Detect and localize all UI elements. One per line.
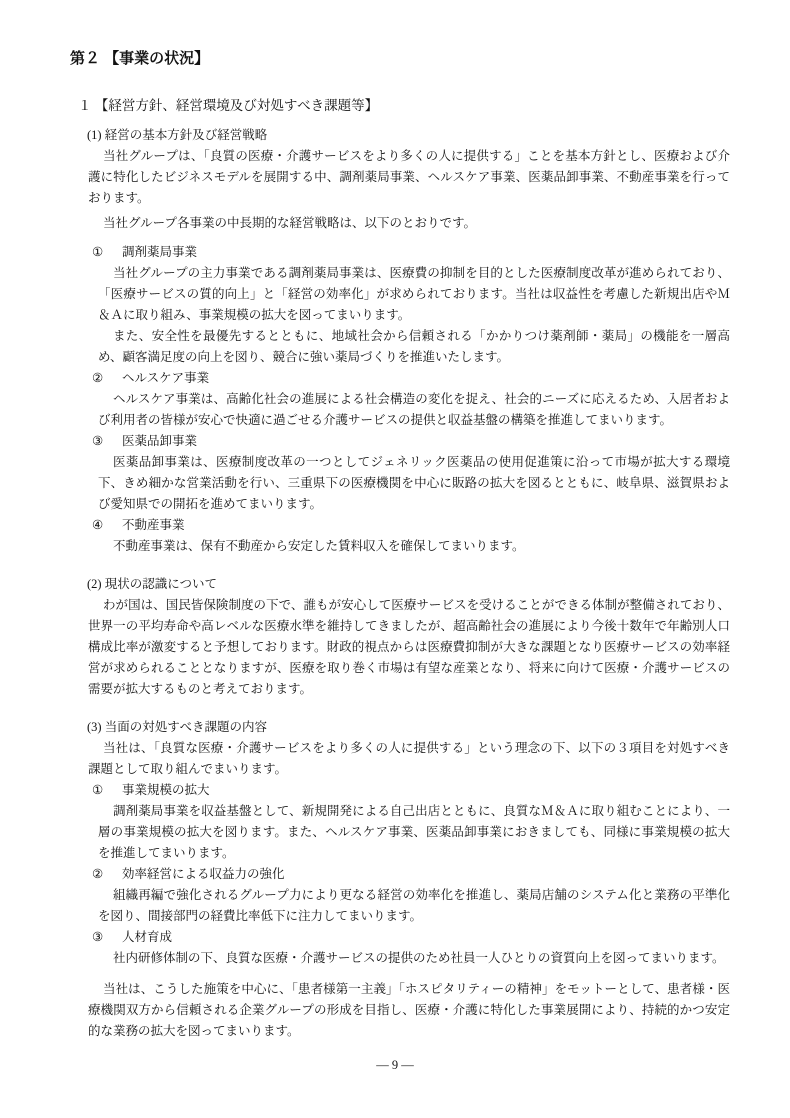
- item-paragraph: ヘルスケア事業は、高齢化社会の進展による社会構造の変化を捉え、社会的ニーズに応え…: [98, 389, 730, 431]
- business-item-pharmacy: ①調剤薬局事業 当社グループの主力事業である調剤薬局事業は、医療費の抑制を目的と…: [70, 242, 730, 368]
- section-heading: １ 【経営方針、経営環境及び対処すべき課題等】: [78, 95, 730, 116]
- subsection-3: (3) 当面の対処すべき課題の内容 当社は、「良質な医療・介護サービスをより多く…: [70, 717, 730, 1042]
- subsection-1: (1) 経営の基本方針及び経営戦略 当社グループは、「良質の医療・介護サービスを…: [70, 125, 730, 557]
- item-marker: ④: [92, 515, 122, 536]
- subsection-3-heading: (3) 当面の対処すべき課題の内容: [87, 717, 730, 738]
- intro-paragraph: 当社グループは、「良質の医療・介護サービスをより多くの人に提供する」ことを基本方…: [88, 146, 730, 209]
- item-marker: ③: [92, 927, 122, 948]
- item-paragraph: 社内研修体制の下、良質な医療・介護サービスの提供のため社員一人ひとりの資質向上を…: [98, 948, 730, 969]
- item-paragraph: 組織再編で強化されるグループ力により更なる経営の効率化を推進し、薬局店舗のシステ…: [98, 885, 730, 927]
- item-label: 調剤薬局事業: [122, 245, 197, 259]
- item-label: ヘルスケア事業: [122, 371, 209, 385]
- business-item-healthcare: ②ヘルスケア事業 ヘルスケア事業は、高齢化社会の進展による社会構造の変化を捉え、…: [70, 368, 730, 431]
- issue-item-hr: ③人材育成 社内研修体制の下、良質な医療・介護サービスの提供のため社員一人ひとり…: [70, 927, 730, 969]
- issues-intro-paragraph: 当社は、「良質な医療・介護サービスをより多くの人に提供する」という理念の下、以下…: [88, 738, 730, 780]
- item-marker: ③: [92, 431, 122, 452]
- item-paragraph: 当社グループの主力事業である調剤薬局事業は、医療費の抑制を目的とした医療制度改革…: [98, 263, 730, 326]
- item-label: 医薬品卸事業: [122, 434, 197, 448]
- item-label: 事業規模の拡大: [122, 783, 210, 797]
- item-label: 効率経営による収益力の強化: [122, 867, 285, 881]
- subsection-2: (2) 現状の認識について わが国は、国民皆保険制度の下で、誰もが安心して医療サ…: [70, 574, 730, 700]
- business-item-wholesale: ③医薬品卸事業 医薬品卸事業は、医療制度改革の一つとしてジェネリック医薬品の使用…: [70, 431, 730, 515]
- item-paragraph: 医薬品卸事業は、医療制度改革の一つとしてジェネリック医薬品の使用促進策に沿って市…: [98, 452, 730, 515]
- item-paragraph: また、安全性を最優先するとともに、地域社会から信頼される「かかりつけ薬剤師・薬局…: [98, 326, 730, 368]
- closing-paragraph: 当社は、こうした施策を中心に、「患者様第一主義」「ホスピタリティーの精神」をモッ…: [88, 979, 730, 1042]
- item-marker: ①: [92, 242, 122, 263]
- chapter-heading: 第２ 【事業の状況】: [70, 48, 730, 69]
- current-status-paragraph: わが国は、国民皆保険制度の下で、誰もが安心して医療サービスを受けることができる体…: [88, 595, 730, 700]
- subsection-1-heading: (1) 経営の基本方針及び経営戦略: [87, 125, 730, 146]
- subsection-2-heading: (2) 現状の認識について: [87, 574, 730, 595]
- item-heading: ③人材育成: [92, 927, 730, 948]
- item-label: 不動産事業: [122, 518, 185, 532]
- item-heading: ②ヘルスケア事業: [92, 368, 730, 389]
- issue-item-scale: ①事業規模の拡大 調剤薬局事業を収益基盤として、新規開発による自己出店とともに、…: [70, 780, 730, 864]
- item-paragraph: 調剤薬局事業を収益基盤として、新規開発による自己出店とともに、良質なＭ＆Ａに取り…: [98, 801, 730, 864]
- issue-item-efficiency: ②効率経営による収益力の強化 組織再編で強化されるグループ力により更なる経営の効…: [70, 864, 730, 927]
- page-number: ― 9 ―: [0, 1055, 790, 1076]
- item-marker: ①: [92, 780, 122, 801]
- item-heading: ③医薬品卸事業: [92, 431, 730, 452]
- strategy-note-paragraph: 当社グループ各事業の中長期的な経営戦略は、以下のとおりです。: [88, 213, 730, 234]
- item-marker: ②: [92, 864, 122, 885]
- item-heading: ②効率経営による収益力の強化: [92, 864, 730, 885]
- item-paragraph: 不動産事業は、保有不動産から安定した賃料収入を確保してまいります。: [98, 536, 730, 557]
- item-heading: ④不動産事業: [92, 515, 730, 536]
- business-item-realestate: ④不動産事業 不動産事業は、保有不動産から安定した賃料収入を確保してまいります。: [70, 515, 730, 557]
- item-heading: ①事業規模の拡大: [92, 780, 730, 801]
- item-heading: ①調剤薬局事業: [92, 242, 730, 263]
- item-marker: ②: [92, 368, 122, 389]
- item-label: 人材育成: [122, 930, 172, 944]
- document-page: 第２ 【事業の状況】 １ 【経営方針、経営環境及び対処すべき課題等】 (1) 経…: [0, 0, 790, 1118]
